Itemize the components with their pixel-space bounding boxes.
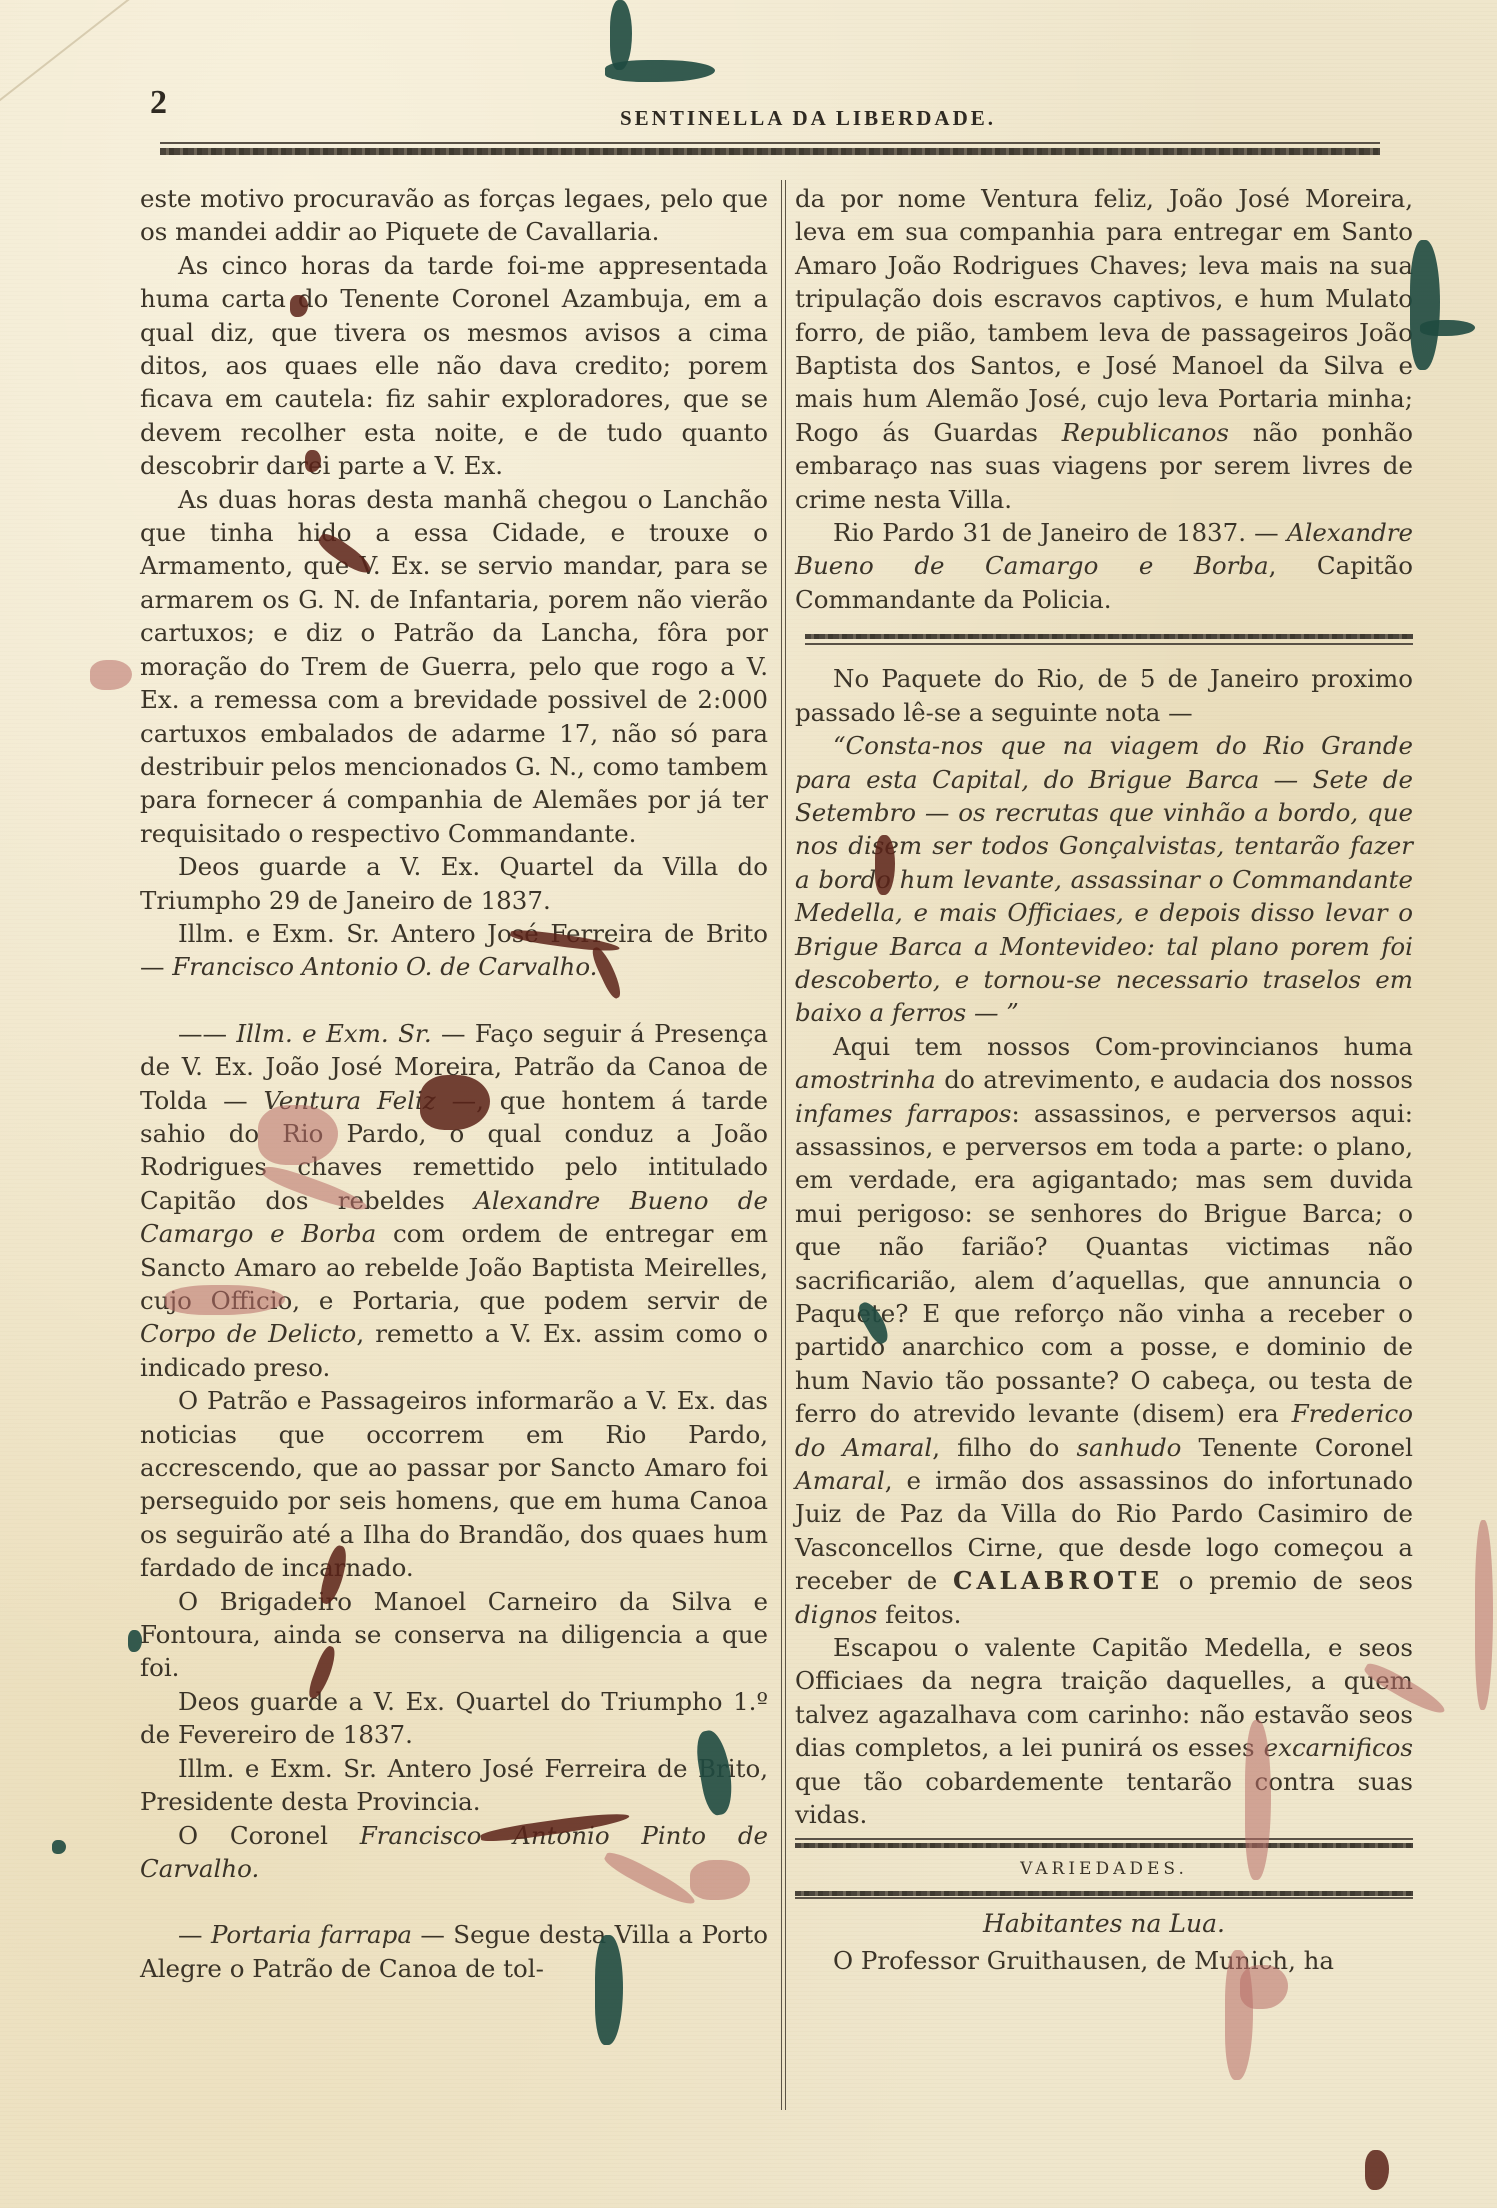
section-rule — [795, 1886, 1413, 1900]
term: amostrinha — [795, 1065, 936, 1094]
paragraph: da por nome Ventura feliz, João José Mor… — [795, 182, 1413, 516]
water-stain — [1475, 1520, 1493, 1710]
paragraph: As duas horas desta manhã chegou o Lanch… — [140, 483, 768, 850]
water-stain — [90, 660, 132, 690]
newspaper-page: 2 SENTINELLA DA LIBERDADE. este motivo p… — [0, 0, 1497, 2208]
spacer — [140, 984, 768, 1017]
text: : assassinos, e perversos aqui: assassin… — [795, 1099, 1413, 1429]
page-number: 2 — [150, 84, 167, 122]
paragraph: O Professor Gruithausen, de Munich, ha — [795, 1944, 1413, 1977]
address-signature: Illm. e Exm. Sr. Antero José Ferreira de… — [140, 917, 768, 984]
dateline: Deos guarde a V. Ex. Quartel da Villa do… — [140, 850, 768, 917]
ink-stain — [1420, 320, 1475, 336]
newspaper-title: SENTINELLA DA LIBERDADE. — [620, 106, 1080, 131]
section-rule — [795, 1838, 1413, 1852]
text: Aqui tem nossos Com-provincianos huma — [833, 1032, 1413, 1061]
dateline-signature: Rio Pardo 31 de Janeiro de 1837. — Alexa… — [795, 516, 1413, 616]
person-name: Amaral — [795, 1466, 885, 1495]
rule-thin — [160, 142, 1380, 144]
column-divider — [781, 180, 786, 2110]
ink-stain — [595, 1935, 623, 2045]
dash: — — [178, 1920, 211, 1949]
right-column: da por nome Ventura feliz, João José Mor… — [795, 182, 1413, 1977]
water-stain — [1240, 1965, 1288, 2009]
rank: O Coronel — [178, 1821, 360, 1850]
paper-fold-crease — [0, 0, 292, 132]
paragraph: — Portaria farrapa — Segue desta Villa a… — [140, 1918, 768, 1985]
legal-term: Corpo de Delicto — [140, 1319, 356, 1348]
paragraph: O Patrão e Passageiros informarão a V. E… — [140, 1384, 768, 1584]
text: que tão cobardemente tentarão contra sua… — [795, 1767, 1413, 1829]
dateline: Deos guarde a V. Ex. Quartel do Triumpho… — [140, 1685, 768, 1752]
ink-stain — [52, 1840, 66, 1854]
paragraph: Aqui tem nossos Com-provincianos huma am… — [795, 1030, 1413, 1631]
salutation: Illm. e Exm. Sr. — [236, 1019, 431, 1048]
text: feitos. — [877, 1600, 961, 1629]
section-heading: VARIEDADES. — [795, 1854, 1413, 1884]
term: Republicanos — [1062, 418, 1229, 447]
rule-thick — [805, 634, 1413, 639]
variedades-section: VARIEDADES. Habitantes na Lua. O Profess… — [795, 1838, 1413, 1977]
text: do atrevimento, e audacia dos nossos — [936, 1065, 1413, 1094]
rule-thick — [160, 148, 1380, 155]
term: infames farrapos — [795, 1099, 1011, 1128]
caps-name: CALABROTE — [953, 1566, 1163, 1595]
rule-thin — [805, 643, 1413, 645]
paragraph: Escapou o valente Capitão Medella, e seo… — [795, 1631, 1413, 1831]
ink-stain — [1365, 2150, 1389, 2190]
text: da por nome Ventura feliz, João José Mor… — [795, 184, 1413, 447]
header-rule — [160, 142, 1380, 158]
dash: —— — [178, 1019, 236, 1048]
text: Tenente Coronel — [1181, 1433, 1413, 1462]
term: dignos — [795, 1600, 877, 1629]
paragraph: —— Illm. e Exm. Sr. — Faço seguir á Pres… — [140, 1017, 768, 1384]
document-title: Portaria farrapa — [211, 1920, 412, 1949]
paragraph: este motivo procuravão as forças legaes,… — [140, 182, 768, 249]
section-rule — [795, 622, 1413, 656]
rule-thick — [795, 1891, 1413, 1896]
paragraph: No Paquete do Rio, de 5 de Janeiro proxi… — [795, 662, 1413, 729]
ink-stain — [610, 0, 632, 70]
signature-line: O Coronel Francisco Antonio Pinto de Car… — [140, 1819, 768, 1886]
text: o premio de seos — [1163, 1566, 1413, 1595]
rule-thin — [795, 1838, 1413, 1840]
address: Illm. e Exm. Sr. Antero José Ferreira de… — [140, 1752, 768, 1819]
dateline: Rio Pardo 31 de Janeiro de 1837. — — [833, 518, 1287, 547]
ink-stain — [605, 60, 715, 82]
rule-thick — [795, 1843, 1413, 1848]
paragraph: As cinco horas da tarde foi-me appresent… — [140, 249, 768, 483]
term: excarnificos — [1264, 1733, 1413, 1762]
term: sanhudo — [1076, 1433, 1181, 1462]
signature: Francisco Antonio O. de Carvalho. — [172, 952, 597, 981]
paragraph: O Brigadeiro Manoel Carneiro da Silva e … — [140, 1585, 768, 1685]
text: , filho do — [932, 1433, 1076, 1462]
ink-stain — [1410, 240, 1440, 370]
rule-thin — [795, 1897, 1413, 1899]
article-title: Habitantes na Lua. — [795, 1904, 1413, 1944]
